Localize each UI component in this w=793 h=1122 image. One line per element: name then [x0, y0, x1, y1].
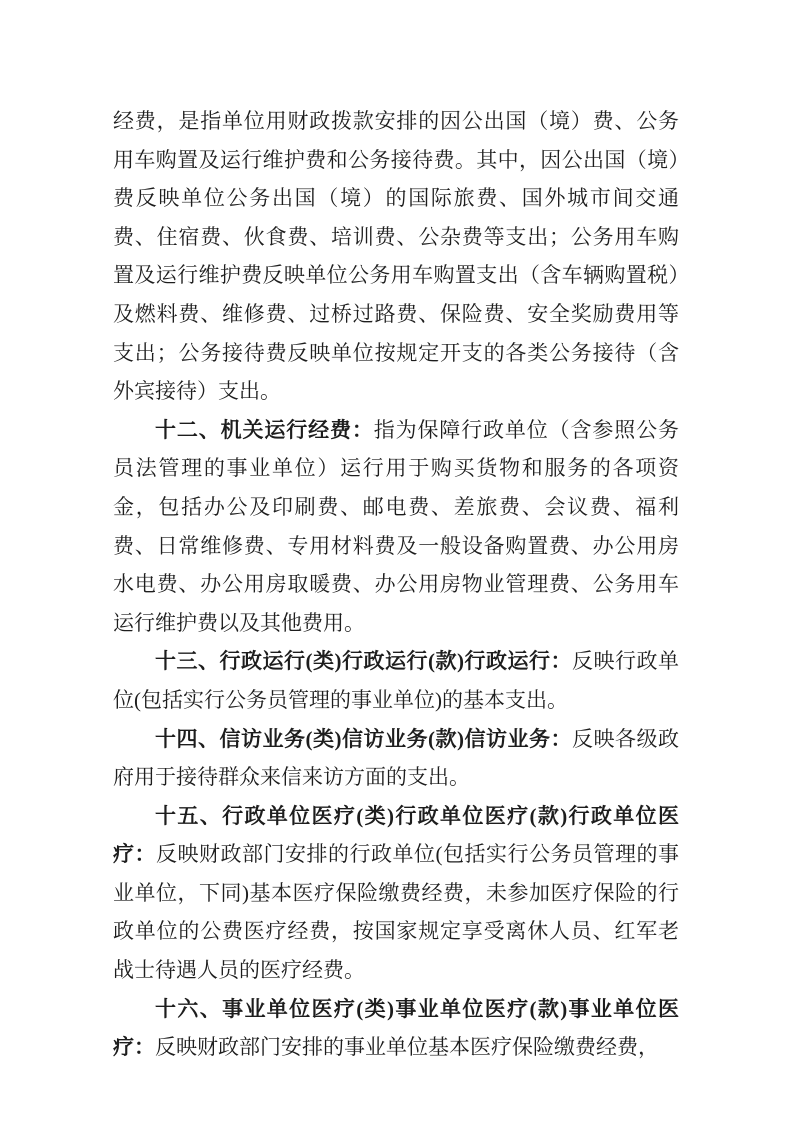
paragraph-heading-segment: 十三、行政运行(类)行政运行(款)行政运行：: [155, 649, 572, 673]
paragraph: 十四、信访业务(类)信访业务(款)信访业务：反映各级政府用于接待群众来信来访方面…: [113, 720, 679, 797]
paragraph-text-segment: 反映财政部门安排的事业单位基本医疗保险缴费经费，: [155, 1035, 659, 1059]
document-body: 经费，是指单位用财政拨款安排的因公出国（境）费、公务用车购置及运行维护费和公务接…: [113, 102, 679, 1067]
paragraph-text-segment: 经费，是指单位用财政拨款安排的因公出国（境）费、公务用车购置及运行维护费和公务接…: [113, 109, 679, 403]
paragraph: 经费，是指单位用财政拨款安排的因公出国（境）费、公务用车购置及运行维护费和公务接…: [113, 102, 679, 411]
paragraph: 十二、机关运行经费：指为保障行政单位（含参照公务员法管理的事业单位）运行用于购买…: [113, 411, 679, 643]
paragraph-heading-segment: 十二、机关运行经费：: [155, 418, 374, 442]
paragraph: 十三、行政运行(类)行政运行(款)行政运行：反映行政单位(包括实行公务员管理的事…: [113, 642, 679, 719]
paragraph-text-segment: 指为保障行政单位（含参照公务员法管理的事业单位）运行用于购买货物和服务的各项资金…: [113, 418, 679, 635]
paragraph: 十六、事业单位医疗(类)事业单位医疗(款)事业单位医疗：反映财政部门安排的事业单…: [113, 990, 679, 1067]
paragraph-text-segment: 反映财政部门安排的行政单位(包括实行公务员管理的事业单位，下同)基本医疗保险缴费…: [113, 842, 679, 982]
paragraph: 十五、行政单位医疗(类)行政单位医疗(款)行政单位医疗：反映财政部门安排的行政单…: [113, 797, 679, 990]
document-page: 经费，是指单位用财政拨款安排的因公出国（境）费、公务用车购置及运行维护费和公务接…: [0, 0, 793, 1122]
paragraph-heading-segment: 十四、信访业务(类)信访业务(款)信访业务：: [155, 727, 572, 751]
